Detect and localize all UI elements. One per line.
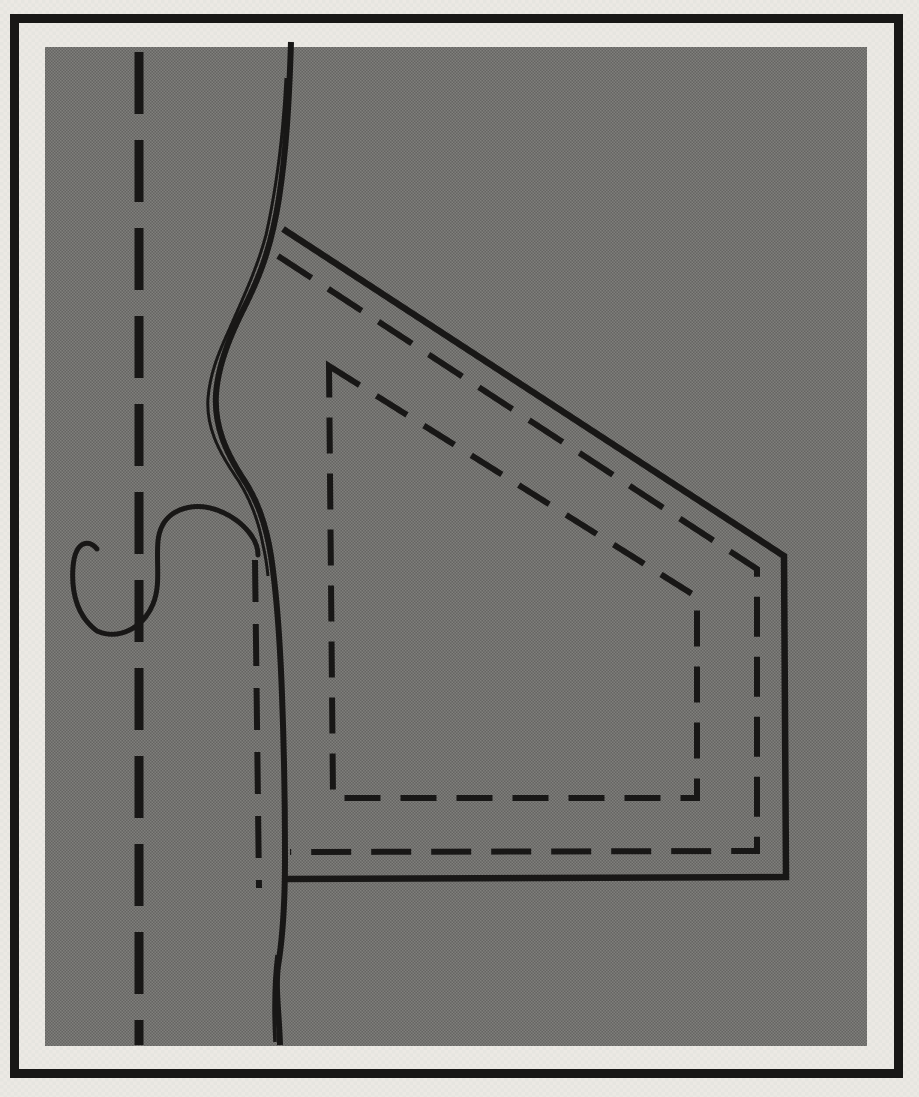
illustration-page bbox=[0, 0, 919, 1097]
thread-squiggle bbox=[73, 507, 258, 635]
pocket-stitching-dashed bbox=[278, 256, 757, 852]
edge-stitching-dashed bbox=[255, 560, 259, 888]
inner-pocket-dashed-outline bbox=[329, 366, 697, 798]
pocket-diagram bbox=[0, 0, 919, 1097]
fabric-edge-companion-line bbox=[208, 78, 286, 576]
pocket-outline bbox=[283, 229, 786, 879]
